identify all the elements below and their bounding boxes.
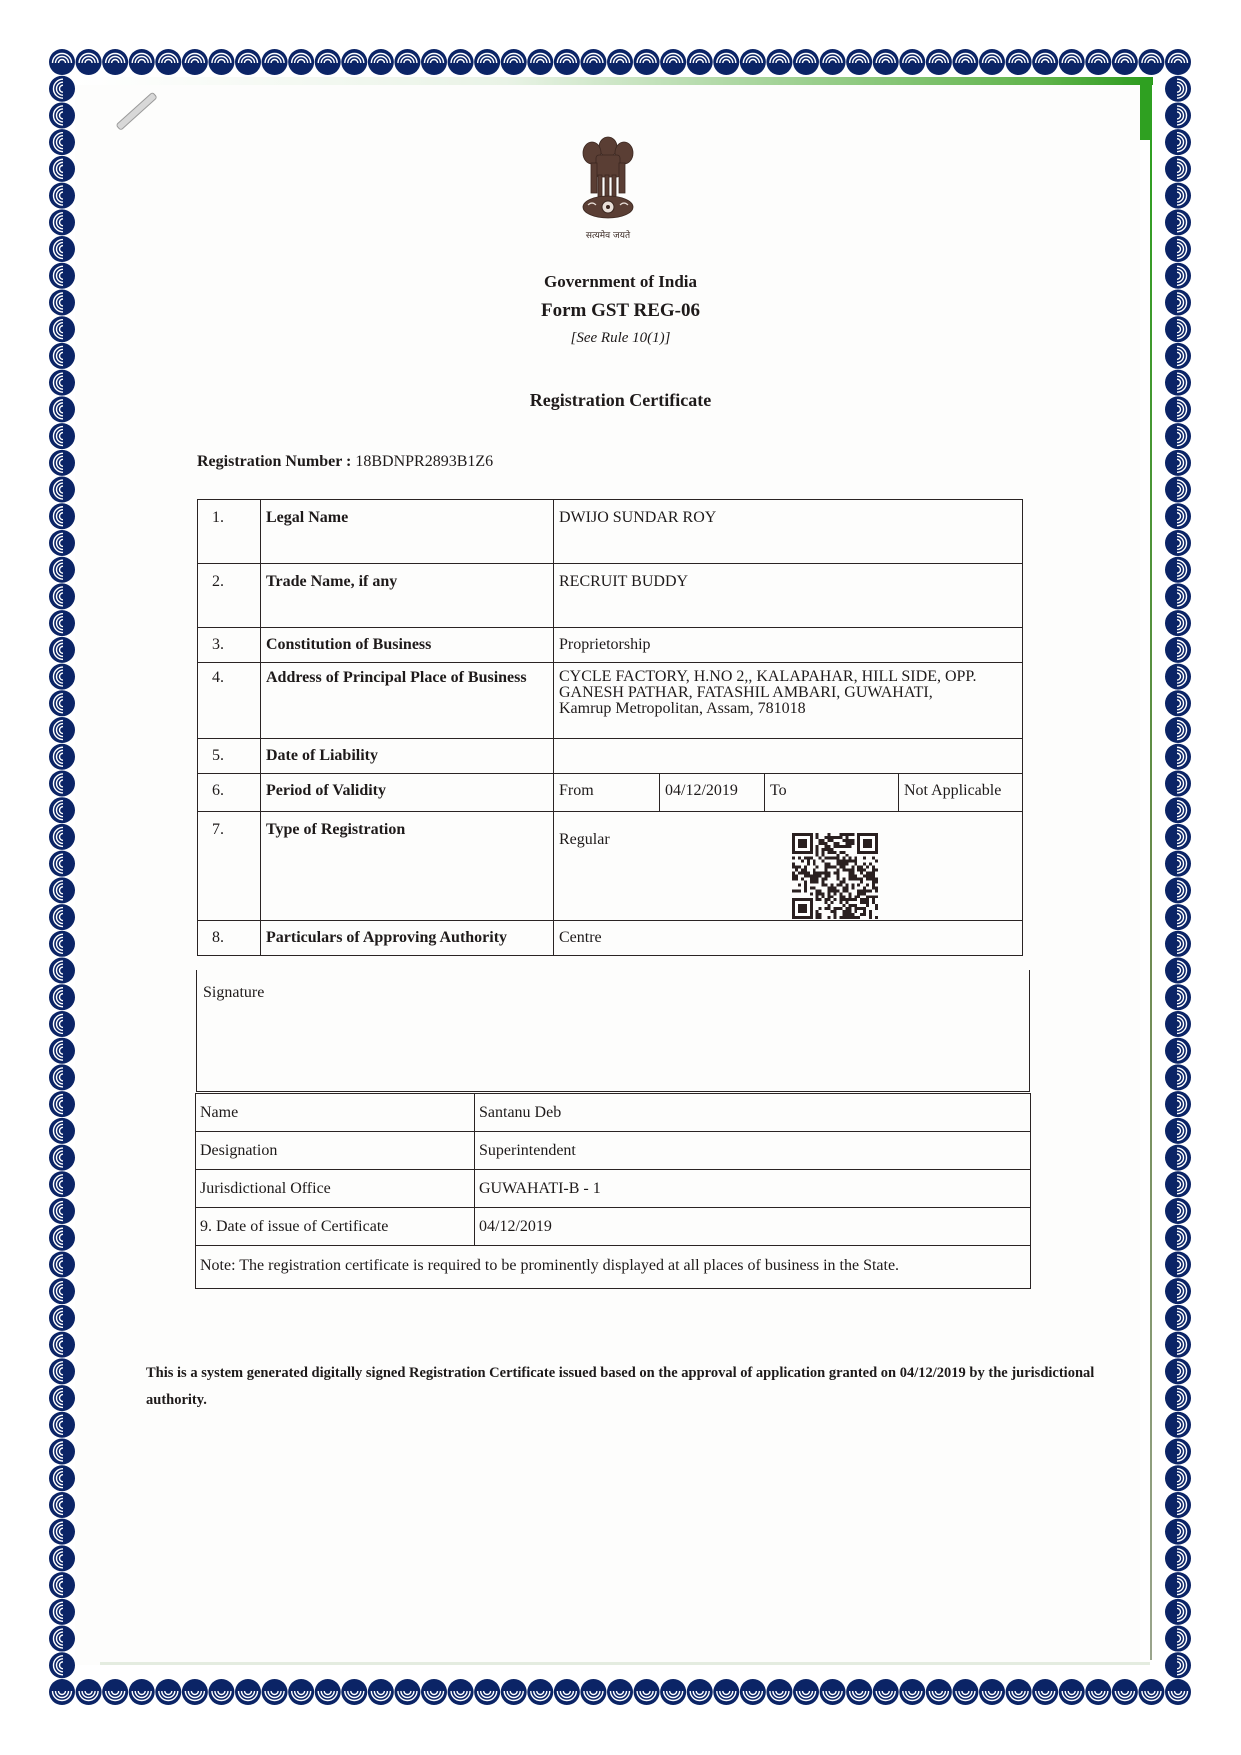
row-number: 8. [198,921,261,956]
validity-to-value: Not Applicable [899,774,1012,811]
registration-number-line: Registration Number : 18BDNPR2893B1Z6 [197,453,493,471]
table-row: Jurisdictional Office GUWAHATI-B - 1 [196,1170,1031,1208]
table-row: 4. Address of Principal Place of Busines… [198,663,1023,739]
type-of-registration-label: Type of Registration [261,812,554,921]
designation-label: Designation [196,1132,475,1170]
registration-details-table: 1. Legal Name DWIJO SUNDAR ROY 2. Trade … [197,499,1023,956]
designation-value: Superintendent [475,1132,1031,1170]
period-of-validity-label: Period of Validity [261,774,554,812]
address-label: Address of Principal Place of Business [261,663,554,739]
row-number: 6. [198,774,261,812]
registration-number-value: 18BDNPR2893B1Z6 [355,453,493,470]
display-note: Note: The registration certificate is re… [196,1246,1031,1289]
table-row: 6. Period of Validity From 04/12/2019 To… [198,774,1023,812]
table-row: 5. Date of Liability [198,739,1023,774]
signatory-name-value: Santanu Deb [475,1094,1031,1132]
signatory-table: Name Santanu Deb Designation Superintend… [195,1093,1031,1289]
table-row: Note: The registration certificate is re… [196,1246,1031,1289]
trade-name-label: Trade Name, if any [261,564,554,628]
table-row: 8. Particulars of Approving Authority Ce… [198,921,1023,956]
row-number: 1. [198,500,261,564]
validity-from-date: 04/12/2019 [660,774,765,811]
row-number: 5. [198,739,261,774]
date-of-liability-label: Date of Liability [261,739,554,774]
table-row: 9. Date of issue of Certificate 04/12/20… [196,1208,1031,1246]
address-line: Kamrup Metropolitan, Assam, 781018 [559,701,1017,717]
jurisdictional-office-value: GUWAHATI-B - 1 [475,1170,1031,1208]
table-row: 2. Trade Name, if any RECRUIT BUDDY [198,564,1023,628]
constitution-label: Constitution of Business [261,628,554,663]
address-line: CYCLE FACTORY, H.NO 2,, KALAPAHAR, HILL … [559,669,1017,685]
signature-label: Signature [203,984,264,1002]
row-number: 4. [198,663,261,739]
form-title: Form GST REG-06 [0,300,1241,322]
type-of-registration-value: Regular [554,812,1023,921]
government-heading: Government of India [0,272,1241,292]
legal-name-value: DWIJO SUNDAR ROY [554,500,1023,564]
rule-reference: [See Rule 10(1)] [0,330,1241,347]
emblem-motto: सत्यमेव जयते [560,228,656,241]
certificate-title: Registration Certificate [0,390,1241,411]
table-row: Name Santanu Deb [196,1094,1031,1132]
legal-name-label: Legal Name [261,500,554,564]
national-emblem-icon [578,133,638,223]
validity-to-label: To [765,774,899,811]
trade-name-value: RECRUIT BUDDY [554,564,1023,628]
date-of-issue-value: 04/12/2019 [475,1208,1031,1246]
date-of-liability-value [554,739,1023,774]
address-value: CYCLE FACTORY, H.NO 2,, KALAPAHAR, HILL … [554,663,1023,739]
address-line: GANESH PATHAR, FATASHIL AMBARI, GUWAHATI… [559,685,1017,701]
table-row: 1. Legal Name DWIJO SUNDAR ROY [198,500,1023,564]
table-row: Designation Superintendent [196,1132,1031,1170]
date-of-issue-label: 9. Date of issue of Certificate [196,1208,475,1246]
registration-number-label: Registration Number : [197,453,351,470]
row-number: 3. [198,628,261,663]
validity-from-label: From [554,774,660,811]
table-row: 7. Type of Registration Regular [198,812,1023,921]
digital-signature-statement: This is a system generated digitally sig… [146,1360,1106,1414]
row-number: 7. [198,812,261,921]
registration-type: Regular [559,831,1017,849]
table-row: 3. Constitution of Business Proprietorsh… [198,628,1023,663]
period-of-validity-value: From 04/12/2019 To Not Applicable [554,774,1023,812]
constitution-value: Proprietorship [554,628,1023,663]
jurisdictional-office-label: Jurisdictional Office [196,1170,475,1208]
approving-authority-label: Particulars of Approving Authority [261,921,554,956]
signature-box: Signature [196,970,1030,1092]
approving-authority-value: Centre [554,921,1023,956]
qr-code-icon [792,833,878,919]
row-number: 2. [198,564,261,628]
signatory-name-label: Name [196,1094,475,1132]
